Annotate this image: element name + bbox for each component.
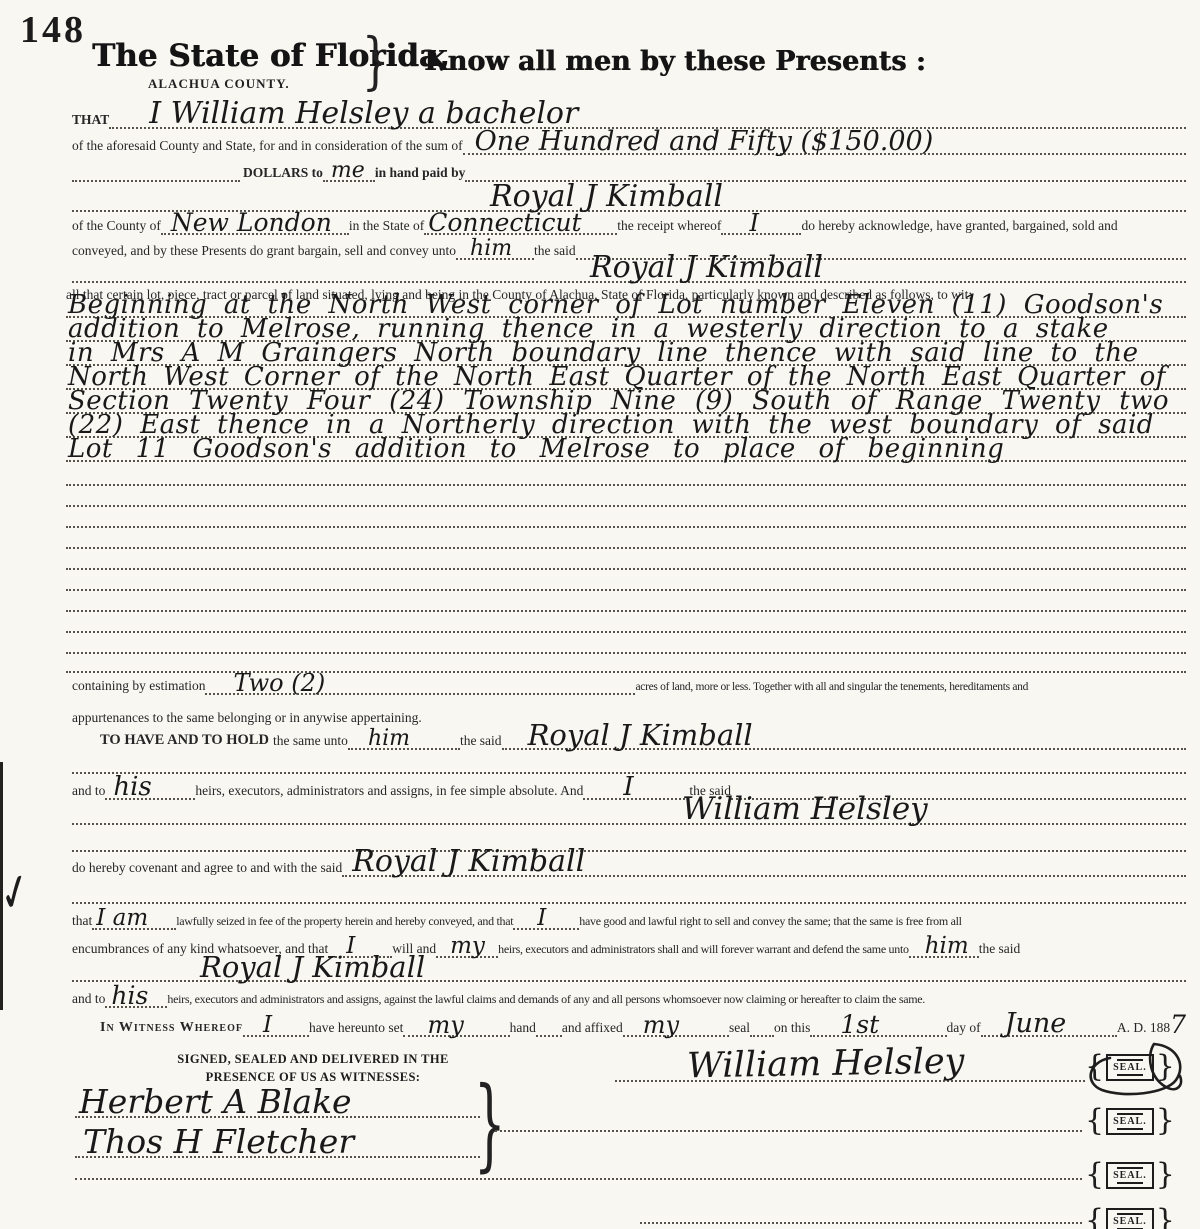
ruled-line: my: [436, 953, 498, 958]
entry-my-heirs: my: [450, 935, 485, 958]
page-number: 148: [20, 8, 86, 52]
ruled-line: One Hundred and Fifty ($150.00): [463, 150, 1186, 155]
ruled-line: William Helsley: [615, 1077, 1085, 1082]
entry-acreage: Two (2): [233, 671, 325, 695]
same-unto-label: the same unto: [273, 733, 348, 750]
witness-signature-1: Herbert A Blake: [79, 1085, 352, 1118]
ruled-line: 1st: [810, 1032, 946, 1037]
on-this-label: on this: [774, 1020, 810, 1037]
and-to-label: and to: [72, 783, 105, 800]
ruled-line: Royal J Kimball: [72, 278, 1186, 283]
seal-label: SEAL.: [1113, 1216, 1147, 1227]
ruled-line: [66, 568, 1186, 570]
entry-day: 1st: [840, 1012, 879, 1037]
ruled-line: I: [583, 795, 689, 800]
seal-box: SEAL.: [1106, 1162, 1154, 1189]
witness-brace: }: [474, 1074, 506, 1174]
seal-rule-line: [1117, 1128, 1143, 1130]
ruled-line: Two (2): [205, 690, 635, 695]
appurtenances-label: appurtenances to the same belonging or i…: [72, 710, 422, 727]
ruled-line: Royal J Kimball: [72, 977, 1186, 982]
entry-i-have: I: [537, 907, 546, 930]
entry-month: June: [1005, 1010, 1067, 1037]
description-text: Lot 11 Goodson's addition to Melrose to …: [68, 436, 1004, 462]
entry-witness-i: I: [263, 1014, 272, 1037]
entry-hold-him: him: [368, 728, 410, 750]
ruled-line: Thos H Fletcher: [75, 1153, 480, 1158]
line-have-hold: TO HAVE AND TO HOLD the same unto him th…: [100, 730, 1186, 750]
that-small-label: that: [72, 913, 92, 930]
ruled-line: my: [403, 1032, 509, 1037]
and-to-label: and to: [72, 991, 105, 1008]
line-county-state: of the County of New London in the State…: [72, 215, 1186, 235]
seal-brace-right: }: [1156, 1160, 1175, 1190]
the-said-label: the said: [534, 243, 576, 260]
ruled-line: [66, 547, 1186, 549]
entry-unto-him2: him: [925, 935, 969, 958]
ruled-line: Royal J Kimball: [502, 745, 1186, 750]
have-hold-label: TO HAVE AND TO HOLD: [100, 732, 269, 750]
ruled-line: I: [243, 1032, 309, 1037]
entry-unto-him: him: [470, 238, 512, 260]
attestation-block: SIGNED, SEALED AND DELIVERED IN THE PRES…: [158, 1050, 468, 1086]
the-said-label: the said: [979, 941, 1021, 958]
state-of-label: in the State of: [349, 218, 424, 235]
entry-my-hand: my: [427, 1013, 463, 1037]
receipt-label: the receipt whereof: [617, 218, 721, 235]
seal-box: SEAL.: [1106, 1208, 1154, 1229]
entry-my-seal: my: [643, 1013, 679, 1037]
margin-check-mark: ✓: [0, 859, 35, 926]
aforesaid-label: of the aforesaid County and State, for a…: [72, 138, 463, 155]
seized-label: lawfully seized in fee of the property h…: [176, 915, 513, 930]
line-covenant: do hereby covenant and agree to and with…: [72, 857, 1186, 877]
line-witness-2: Thos H Fletcher: [75, 1138, 480, 1158]
line-seized: that I am lawfully seized in fee of the …: [72, 910, 1186, 930]
seal-label: SEAL.: [1113, 1116, 1147, 1127]
line-witness-1: Herbert A Blake: [75, 1098, 480, 1118]
the-said-label: the said: [460, 733, 502, 750]
affixed-label: and affixed: [562, 1020, 623, 1037]
covenant-label: do hereby covenant and agree to and with…: [72, 860, 342, 877]
claims-label: heirs, executors and administrators and …: [167, 993, 925, 1008]
seal-rule-line: [1117, 1182, 1143, 1184]
ruled-line: [66, 652, 1186, 654]
ruled-line: [536, 1032, 562, 1037]
header-brace: }: [362, 30, 390, 92]
ruled-line: Lot 11 Goodson's addition to Melrose to …: [66, 457, 1186, 462]
day-of-label: day of: [947, 1020, 981, 1037]
line-grantee: Royal J Kimball: [72, 263, 1186, 283]
description-line: Lot 11 Goodson's addition to Melrose to …: [66, 442, 1186, 462]
ruled-line: [66, 631, 1186, 633]
ruled-line: him: [909, 953, 979, 958]
entry-warrant-grantee: Royal J Kimball: [200, 953, 425, 982]
hereunto-label: have hereunto set: [309, 1020, 403, 1037]
county-of-label: of the County of: [72, 218, 161, 235]
ruled-line: his: [105, 1003, 167, 1008]
seal-brace-right: }: [1156, 1206, 1175, 1229]
entry-his: his: [113, 774, 151, 800]
ruled-line: his: [105, 795, 195, 800]
grantor-signature: William Helsley: [687, 1045, 965, 1085]
ruled-line: [72, 850, 1186, 852]
entry-state: Connecticut: [428, 210, 581, 235]
seal-rule-line: [1117, 1213, 1143, 1215]
ink-flourish: [1058, 1036, 1190, 1116]
line-warrant-grantee: Royal J Kimball: [72, 962, 1186, 982]
ruled-line: [66, 610, 1186, 612]
state-title: The State of Florida,: [92, 38, 450, 74]
seal-brace-left: {: [1085, 1160, 1104, 1190]
line-grantor-name: William Helsley: [72, 805, 1186, 825]
conveyed-label: conveyed, and by these Presents do grant…: [72, 243, 456, 260]
witness-label: In Witness Whereof: [100, 1020, 243, 1037]
containing-label: containing by estimation: [72, 678, 205, 695]
ruled-line: [66, 484, 1186, 486]
entry-grantor: I William Helsley a bachelor: [149, 99, 578, 129]
heirs-simple-label: heirs, executors, administrators and ass…: [195, 783, 583, 800]
good-right-label: have good and lawful right to sell and c…: [579, 915, 961, 930]
ruled-line: me: [323, 177, 375, 182]
line-containing: containing by estimation Two (2) acres o…: [72, 675, 1186, 695]
ruled-line: him: [348, 745, 460, 750]
ruled-line: [72, 177, 240, 182]
seal-word-label: seal: [729, 1020, 750, 1037]
ruled-line: my: [623, 1032, 729, 1037]
entry-grantor-name: William Helsley: [682, 794, 928, 825]
seal-brace-left: {: [1085, 1206, 1104, 1229]
that-label: THAT: [72, 112, 109, 129]
ruled-line: William Helsley: [72, 820, 1186, 825]
entry-amount: One Hundred and Fifty ($150.00): [475, 128, 934, 155]
entry-his2: his: [111, 983, 148, 1008]
entry-year-digit: 7: [1170, 1012, 1186, 1037]
ad-label: A. D. 188: [1117, 1020, 1170, 1037]
ruled-line: [75, 1178, 1082, 1180]
ruled-line: I am: [92, 925, 176, 930]
seal-label: SEAL.: [1113, 1170, 1147, 1181]
ruled-line: [495, 1130, 1082, 1132]
acknowledge-label: do hereby acknowledge, have granted, bar…: [801, 218, 1117, 235]
paid-by-label: in hand paid by: [375, 165, 465, 182]
line-claims: and to his heirs, executors and administ…: [72, 988, 1186, 1008]
ruled-line: [640, 1222, 1082, 1224]
ruled-line: Connecticut: [424, 230, 617, 235]
ruled-line: Herbert A Blake: [75, 1113, 480, 1118]
entry-receipt-i: I: [749, 211, 758, 235]
line-witness-whereof: In Witness Whereof I have hereunto set m…: [100, 1017, 1186, 1037]
ruled-line: [750, 1032, 774, 1037]
county-subtitle: ALACHUA COUNTY.: [148, 76, 290, 92]
line-signature: William Helsley: [615, 1062, 1085, 1082]
entry-hold-grantee: Royal J Kimball: [528, 721, 753, 750]
entry-to-me: me: [331, 160, 365, 182]
line-fee-simple: and to his heirs, executors, administrat…: [72, 780, 1186, 800]
seal-rule-line: [1117, 1167, 1143, 1169]
entry-and-i: I: [623, 774, 633, 800]
ruled-line: [66, 526, 1186, 528]
entry-county: New London: [171, 210, 332, 235]
seal-stamp-3: { SEAL. }: [1085, 1160, 1175, 1190]
entry-i-am: I am: [96, 907, 148, 930]
ruled-line: [66, 589, 1186, 591]
ruled-line: him: [456, 255, 534, 260]
warrant-label: heirs, executors and administrators shal…: [498, 943, 909, 958]
ruled-line: New London: [161, 230, 349, 235]
line-consideration: of the aforesaid County and State, for a…: [72, 135, 1186, 155]
deed-document-page: 148 The State of Florida, ALACHUA COUNTY…: [0, 0, 1200, 1229]
ruled-line: [66, 505, 1186, 507]
acres-label: acres of land, more or less. Together wi…: [635, 681, 1028, 695]
hand-label: hand: [510, 1020, 536, 1037]
ruled-line: [72, 902, 1186, 904]
presents-title: Know all men by these Presents :: [424, 46, 926, 77]
ruled-line: I: [721, 230, 801, 235]
ruled-line: I: [513, 925, 579, 930]
entry-grantee: Royal J Kimball: [590, 253, 823, 283]
seal-stamp-4: { SEAL. }: [1085, 1206, 1175, 1229]
dollars-to-label: DOLLARS to: [243, 165, 323, 182]
witness-signature-2: Thos H Fletcher: [83, 1125, 354, 1158]
ruled-line: Royal J Kimball: [342, 872, 1186, 877]
signed-sealed-label: SIGNED, SEALED AND DELIVERED IN THE: [158, 1050, 468, 1068]
entry-covenant-grantee: Royal J Kimball: [352, 847, 585, 877]
